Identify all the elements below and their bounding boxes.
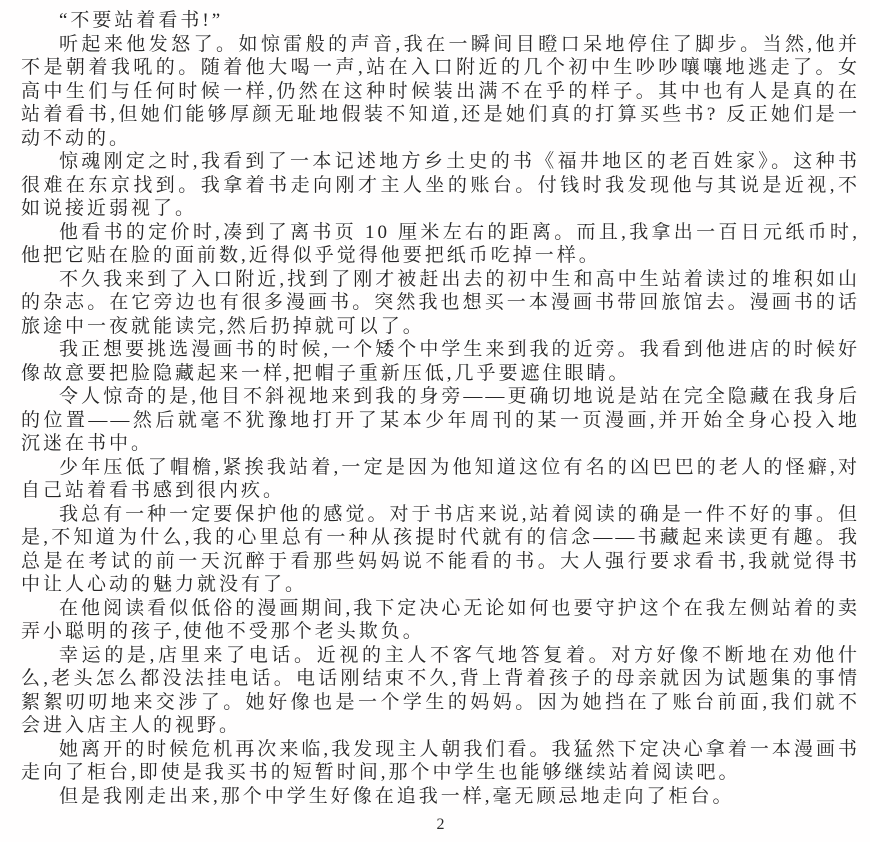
paragraph-4: 他看书的定价时,凑到了离书页 10 厘米左右的距离。而且,我拿出一百日元纸币时,… bbox=[21, 221, 860, 268]
paragraph-2: 听起来他发怒了。如惊雷般的声音,我在一瞬间目瞪口呆地停住了脚步。当然,他并不是朝… bbox=[21, 33, 860, 151]
paragraph-5: 不久我来到了入口附近,找到了刚才被赶出去的初中生和高中生站着读过的堆积如山的杂志… bbox=[21, 268, 860, 339]
page-number: 2 bbox=[21, 813, 860, 837]
dialogue-line: “不要站着看书!” bbox=[21, 9, 860, 33]
paragraph-9: 我总有一种一定要保护他的感觉。对于书店来说,站着阅读的确是一件不好的事。但是,不… bbox=[21, 503, 860, 597]
paragraph-3: 惊魂刚定之时,我看到了一本记述地方乡土史的书《福井地区的老百姓家》。这种书很难在… bbox=[21, 150, 860, 221]
paragraph-13: 但是我刚走出来,那个中学生好像在追我一样,毫无顾忌地走向了柜台。 bbox=[21, 785, 860, 809]
paragraph-12: 她离开的时候危机再次来临,我发现主人朝我们看。我猛然下定决心拿着一本漫画书走向了… bbox=[21, 738, 860, 785]
paragraph-10: 在他阅读看似低俗的漫画期间,我下定决心无论如何也要守护这个在我左侧站着的卖弄小聪… bbox=[21, 597, 860, 644]
paragraph-11: 幸运的是,店里来了电话。近视的主人不客气地答复着。对方好像不断地在劝他什么,老头… bbox=[21, 644, 860, 738]
document-page: “不要站着看书!” 听起来他发怒了。如惊雷般的声音,我在一瞬间目瞪口呆地停住了脚… bbox=[0, 0, 870, 842]
paragraph-6: 我正想要挑选漫画书的时候,一个矮个中学生来到我的近旁。我看到他进店的时候好像故意… bbox=[21, 338, 860, 385]
paragraph-8: 少年压低了帽檐,紧挨我站着,一定是因为他知道这位有名的凶巴巴的老人的怪癖,对自己… bbox=[21, 456, 860, 503]
paragraph-7: 令人惊奇的是,他目不斜视地来到我的身旁——更确切地说是站在完全隐藏在我身后的位置… bbox=[21, 385, 860, 456]
